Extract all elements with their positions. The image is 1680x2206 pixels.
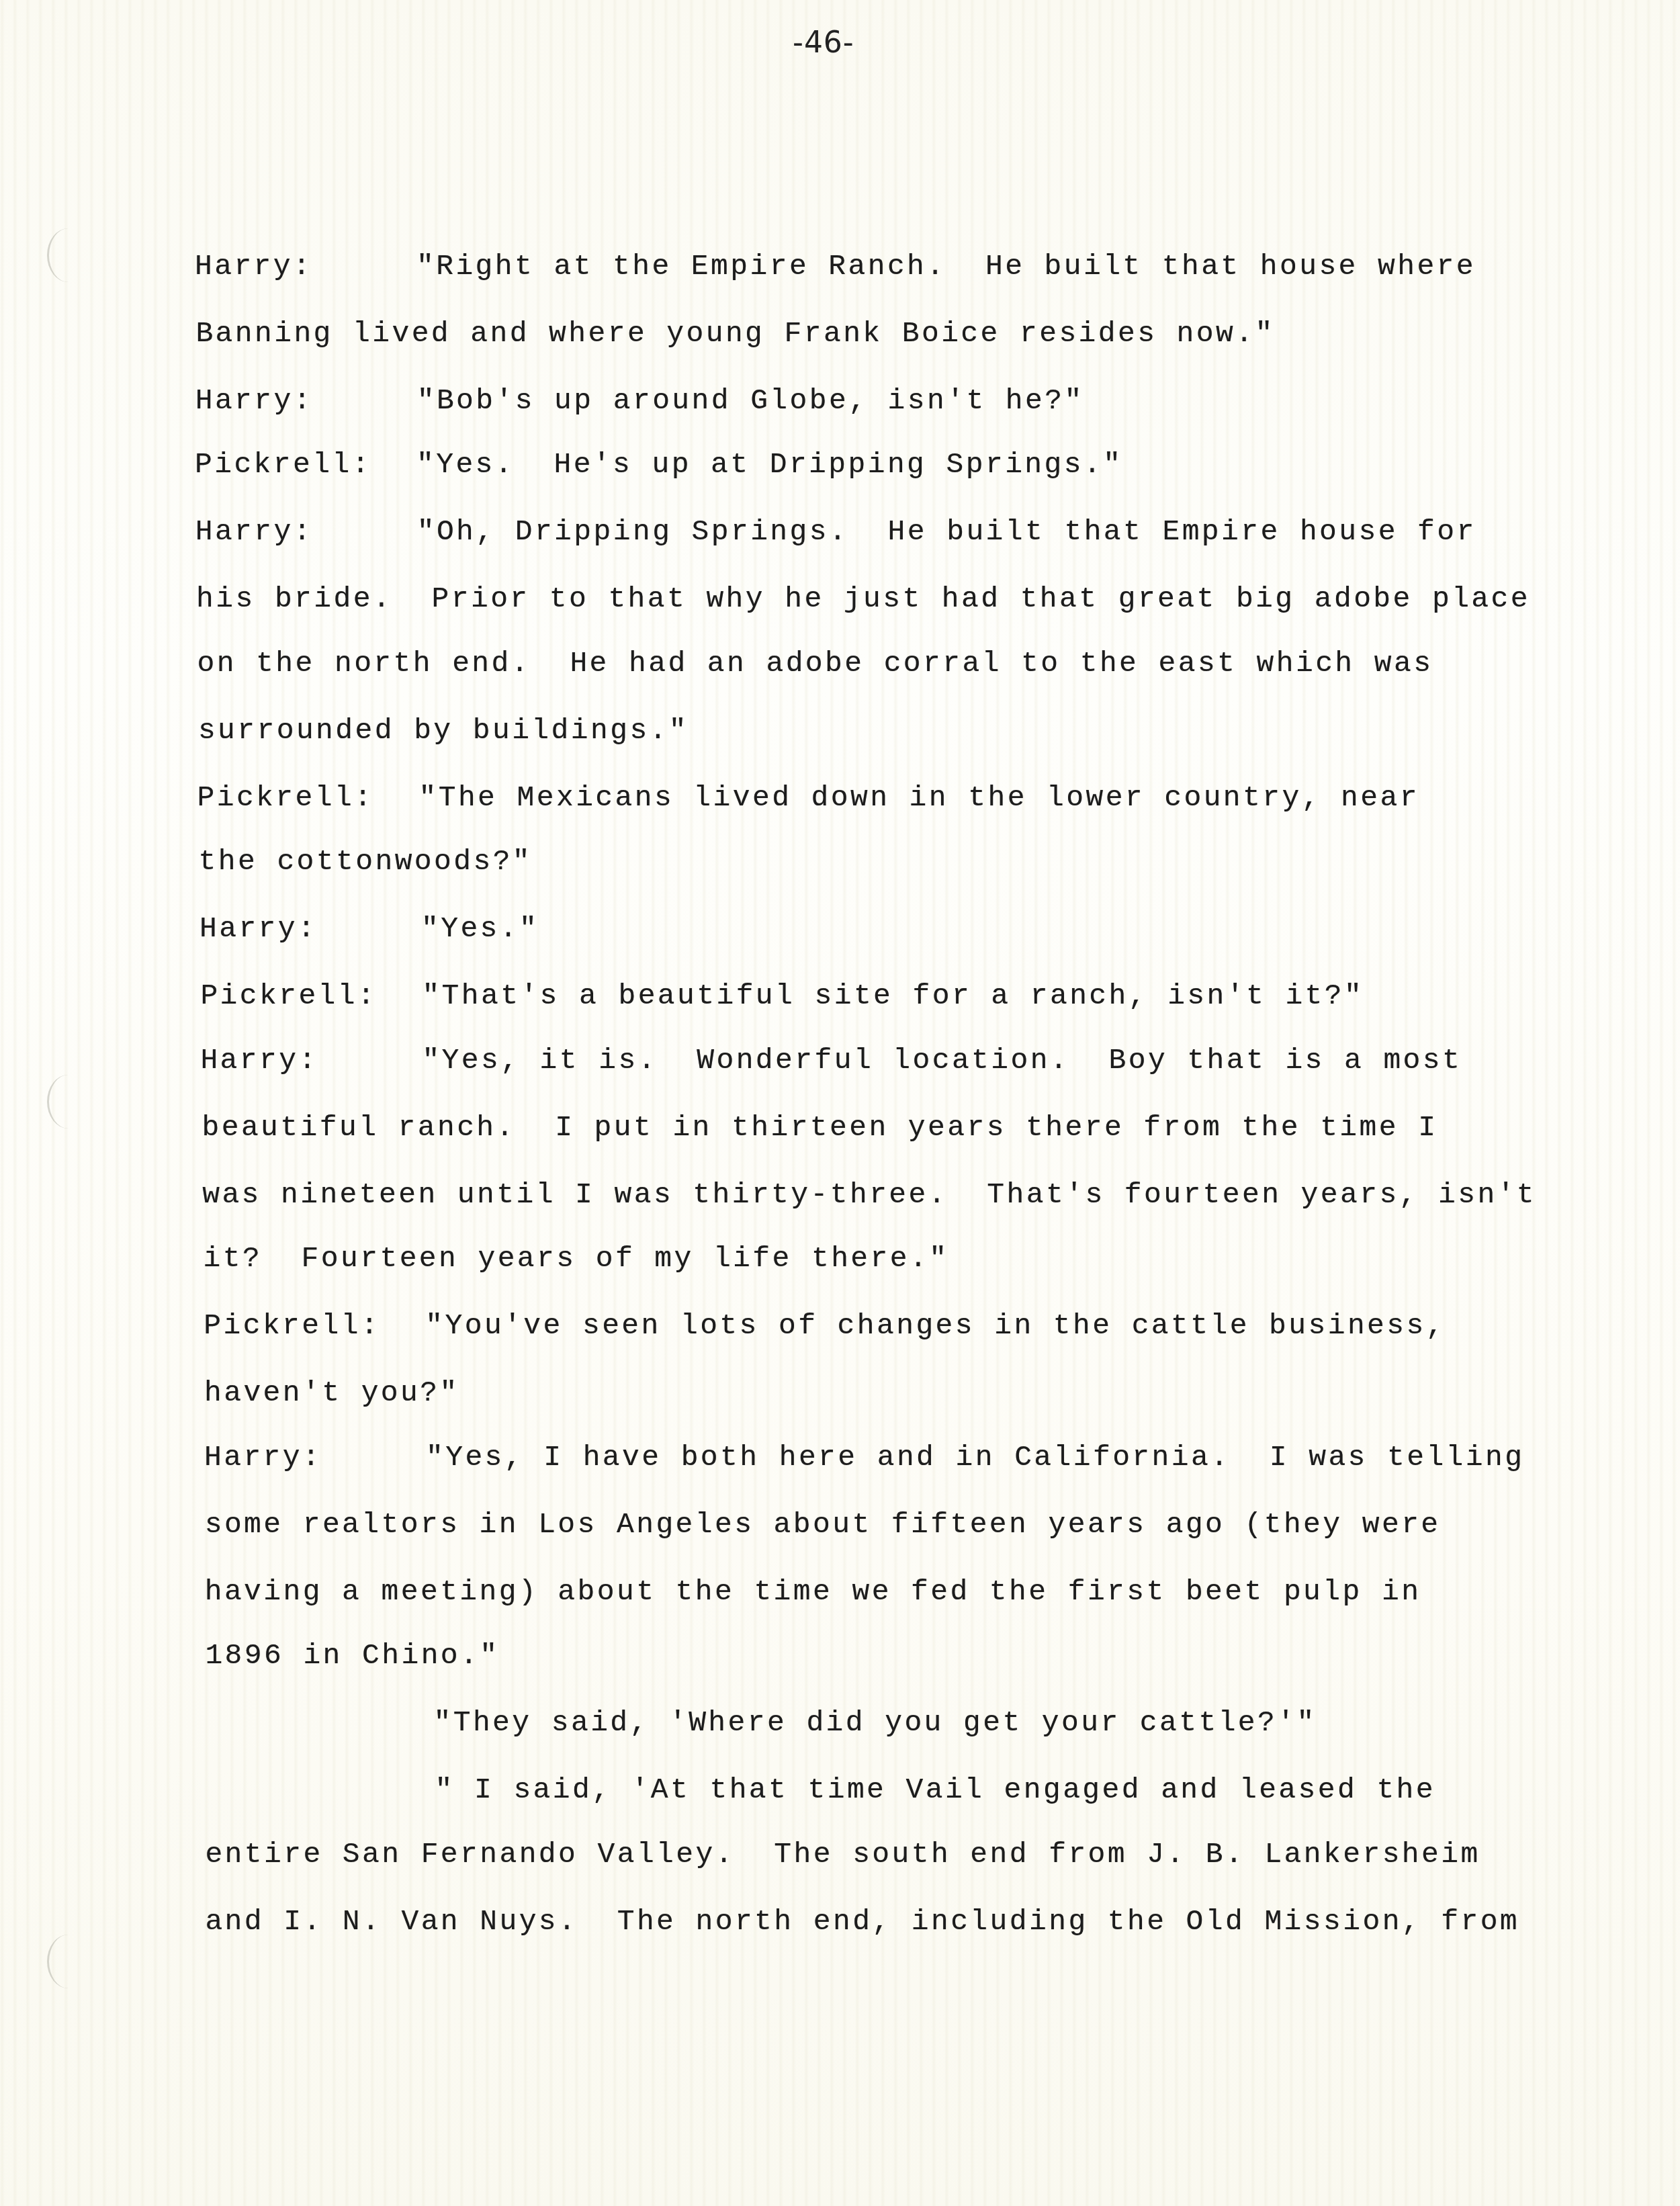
utterance-text: " I said, 'At that time Vail engaged and… bbox=[435, 1773, 1435, 1806]
utterance-text: "Yes. He's up at Dripping Springs." bbox=[416, 448, 1122, 481]
transcript-line: beautiful ranch. I put in thirteen years… bbox=[202, 1108, 1599, 1174]
utterance-text: "Bob's up around Globe, isn't he?" bbox=[417, 384, 1084, 417]
transcript-line: Harry:"Yes." bbox=[200, 909, 1597, 975]
speaker-label: Harry: bbox=[195, 381, 417, 421]
utterance-text: "The Mexicans lived down in the lower co… bbox=[419, 781, 1419, 814]
utterance-text: "You've seen lots of changes in the catt… bbox=[425, 1309, 1446, 1342]
transcript-line: entire San Fernando Valley. The south en… bbox=[205, 1835, 1602, 1901]
transcript-line: Harry:"Yes, it is. Wonderful location. B… bbox=[200, 1041, 1597, 1107]
utterance-text: beautiful ranch. I put in thirteen years… bbox=[202, 1111, 1438, 1144]
speaker-label: Pickrell: bbox=[197, 778, 419, 818]
transcript-line: 1896 in Chino." bbox=[205, 1636, 1602, 1702]
utterance-text: "Oh, Dripping Springs. He built that Emp… bbox=[417, 515, 1476, 548]
transcript-line: some realtors in Los Angeles about fifte… bbox=[205, 1505, 1602, 1571]
speaker-label: Harry: bbox=[200, 909, 421, 949]
utterance-text: the cottonwoods?" bbox=[199, 845, 532, 878]
speaker-label: Harry: bbox=[195, 512, 417, 552]
utterance-text: it? Fourteen years of my life there." bbox=[204, 1242, 949, 1275]
speaker-label: Harry: bbox=[204, 1438, 426, 1478]
transcript-line: Pickrell:"Yes. He's up at Dripping Sprin… bbox=[195, 445, 1592, 511]
transcript-body: Harry:"Right at the Empire Ranch. He bui… bbox=[195, 247, 1592, 1968]
utterance-text: "Yes, I have both here and in California… bbox=[426, 1441, 1524, 1474]
binder-hole-mark bbox=[47, 1075, 89, 1129]
utterance-text: Banning lived and where young Frank Boic… bbox=[195, 317, 1274, 350]
transcript-line: was nineteen until I was thirty-three. T… bbox=[202, 1175, 1599, 1241]
transcript-line: Harry:"Oh, Dripping Springs. He built th… bbox=[195, 512, 1593, 578]
transcript-line: Pickrell:"You've seen lots of changes in… bbox=[204, 1306, 1601, 1372]
transcript-line: Banning lived and where young Frank Boic… bbox=[195, 314, 1593, 380]
transcript-line: having a meeting) about the time we fed … bbox=[205, 1572, 1602, 1638]
transcript-line: Pickrell:"That's a beautiful site for a … bbox=[200, 976, 1597, 1043]
utterance-text: "They said, 'Where did you get your catt… bbox=[434, 1706, 1317, 1739]
transcript-line: surrounded by buildings." bbox=[198, 711, 1595, 777]
speaker-label: Harry: bbox=[195, 247, 416, 287]
transcript-line: it? Fourteen years of my life there." bbox=[204, 1239, 1601, 1305]
transcript-line: "They said, 'Where did you get your catt… bbox=[202, 1703, 1599, 1769]
transcript-line: Pickrell:"The Mexicans lived down in the… bbox=[197, 778, 1595, 844]
speaker-label: Pickrell: bbox=[195, 445, 416, 485]
utterance-text: was nineteen until I was thirty-three. T… bbox=[202, 1178, 1536, 1211]
transcript-line: Harry:"Yes, I have both here and in Cali… bbox=[204, 1438, 1601, 1504]
page-number: -46- bbox=[793, 26, 854, 60]
utterance-text: having a meeting) about the time we fed … bbox=[205, 1575, 1421, 1608]
utterance-text: some realtors in Los Angeles about fifte… bbox=[205, 1508, 1441, 1541]
binder-hole-mark bbox=[47, 228, 89, 282]
transcript-line: Harry:"Right at the Empire Ranch. He bui… bbox=[195, 247, 1592, 313]
utterance-text: on the north end. He had an adobe corral… bbox=[197, 647, 1433, 680]
transcript-line: the cottonwoods?" bbox=[199, 842, 1596, 908]
utterance-text: 1896 in Chino." bbox=[205, 1639, 499, 1672]
speaker-label: Pickrell: bbox=[200, 976, 422, 1016]
utterance-text: and I. N. Van Nuys. The north end, inclu… bbox=[205, 1905, 1519, 1938]
binder-hole-mark bbox=[47, 1935, 89, 1988]
utterance-text: "That's a beautiful site for a ranch, is… bbox=[422, 979, 1364, 1012]
utterance-text: entire San Fernando Valley. The south en… bbox=[205, 1838, 1480, 1871]
speaker-label: Pickrell: bbox=[204, 1306, 425, 1346]
transcript-line: his bride. Prior to that why he just had… bbox=[196, 579, 1593, 646]
transcript-line: and I. N. Van Nuys. The north end, inclu… bbox=[205, 1902, 1602, 1968]
transcript-line: on the north end. He had an adobe corral… bbox=[197, 644, 1595, 710]
utterance-text: "Yes, it is. Wonderful location. Boy tha… bbox=[422, 1044, 1462, 1077]
transcript-line: " I said, 'At that time Vail engaged and… bbox=[204, 1770, 1601, 1837]
speaker-label: Harry: bbox=[200, 1041, 422, 1081]
utterance-text: haven't you?" bbox=[204, 1376, 459, 1409]
utterance-text: "Yes." bbox=[421, 912, 539, 945]
utterance-text: surrounded by buildings." bbox=[198, 714, 689, 747]
utterance-text: "Right at the Empire Ranch. He built tha… bbox=[416, 250, 1476, 283]
utterance-text: his bride. Prior to that why he just had… bbox=[196, 582, 1530, 615]
transcript-line: haven't you?" bbox=[204, 1373, 1601, 1440]
transcript-line: Harry:"Bob's up around Globe, isn't he?" bbox=[195, 381, 1593, 447]
